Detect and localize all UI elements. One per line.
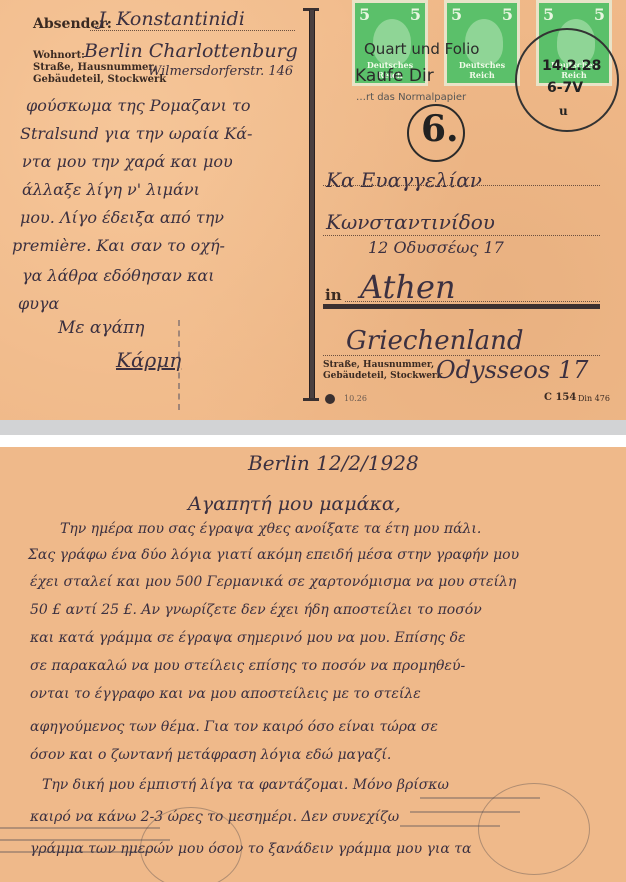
recipient-street-label-1: Straße, Hausnummer,	[323, 360, 434, 370]
sender-name: J. Konstantinidi	[98, 8, 245, 30]
letter-line: και κατά γράμμα σε έγραψα σημερινό μου ν…	[30, 630, 466, 646]
recipient-street: Odysseos 17	[436, 356, 588, 384]
slogan-line: Quart und Folio	[364, 40, 479, 58]
showthrough-wave-line	[0, 851, 150, 853]
letter-line: όσον και ο ζωντανή μετάφραση λόγια εδώ μ…	[30, 747, 391, 763]
postcard-front: Absender: J. Konstantinidi Wohnort: Berl…	[0, 0, 626, 420]
message-line: première. Και σαν το οχή-	[12, 236, 225, 255]
showthrough-wave-line	[0, 827, 160, 829]
letter-line: έχει σταλεί και μου 500 Γερμανικά σε χαρ…	[30, 574, 516, 590]
city-rule	[323, 304, 600, 309]
form-code: C 154	[544, 392, 576, 403]
letter-line: αφηγούμενος των θέμα. Για τον καιρό όσο …	[30, 719, 438, 735]
separator-white	[0, 435, 626, 447]
postmark: 14.2.28 6-7V u	[515, 28, 619, 132]
showthrough-wave-line	[400, 825, 500, 827]
postcard-back: Berlin 12/2/1928 Αγαπητή μου μαμάκα, Την…	[0, 447, 626, 882]
showthrough-wave-line	[410, 811, 520, 813]
slogan-line: …rt das Normalpapier	[356, 92, 466, 103]
recipient-street-label-2: Gebäudeteil, Stockwerk	[323, 371, 443, 381]
showthrough-postmark	[140, 807, 242, 882]
message-line: Stralsund για την ωραία Κά-	[20, 124, 252, 143]
street-label-1: Straße, Hausnummer,	[33, 62, 156, 73]
sender-dotted-line	[90, 30, 295, 31]
recipient-country: Griechenland	[346, 326, 524, 356]
recipient-surname: Κωνσταντινίδου	[326, 210, 495, 234]
message-line: μου. Λίγο έδειξα από την	[20, 208, 224, 227]
message-line: ντα μου την χαρά και μου	[22, 152, 233, 171]
slogan-line: Kaufe Dir	[355, 66, 434, 86]
letter-line: Την δική μου έμπιστή λίγα τα φαντάζομαι.…	[42, 777, 449, 793]
closing: Με αγάπη	[58, 318, 144, 338]
circled-number: 6.	[407, 104, 465, 162]
letter-line: 50 £ αντί 25 £. Αν γνωρίζετε δεν έχει ήδ…	[30, 602, 482, 618]
dateline: Berlin 12/2/1928	[248, 451, 419, 475]
letter-line: Σας γράφω ένα δύο λόγια γιατί ακόμη επει…	[28, 547, 519, 563]
recipient-name: Κα Ευαγγελίαν	[326, 168, 482, 192]
city-dotted-line	[345, 301, 600, 302]
address-dotted-line	[323, 235, 600, 236]
message-line: φυγα	[18, 294, 59, 313]
address-dotted-line	[323, 185, 600, 186]
sender-street: Wilmersdorferstr. 146	[148, 64, 293, 79]
print-date: 10.26	[344, 394, 367, 403]
in-label: in	[325, 286, 342, 304]
vertical-divider	[309, 10, 315, 400]
street-label-2: Gebäudeteil, Stockwerk	[33, 74, 166, 85]
din-code: Din 476	[578, 394, 610, 403]
recipient-street-greek: 12 Οδυσσέως 17	[368, 238, 504, 257]
showthrough-wave-line	[420, 797, 540, 799]
sender-residence: Berlin Charlottenburg	[84, 40, 298, 62]
signature: Κάρμη	[116, 348, 181, 372]
message-line: άλλαξε λίγη ν' λιμάνι	[22, 180, 200, 199]
residence-label: Wohnort:	[33, 50, 85, 61]
divider-cap-bottom	[303, 398, 319, 401]
letter-line: γράμμα των ημερών μου όσον το ξανάδειν γ…	[30, 841, 472, 857]
separator-gray	[0, 420, 626, 435]
showthrough-wave-line	[0, 839, 170, 841]
message-line: γα λάθρα εδόθησαν και	[22, 266, 215, 285]
message-line: φούσκωμα της Ρομαζανι το	[26, 96, 250, 115]
cancellation-marks	[178, 320, 186, 410]
letter-line: Την ημέρα που σας έγραψα χθες ανοίξατε τ…	[60, 521, 481, 537]
salutation: Αγαπητή μου μαμάκα,	[188, 493, 401, 515]
letter-line: σε παρακαλώ να μου στείλεις επίσης το πο…	[30, 658, 465, 674]
letter-line: ονται το έγγραφο και να μου αποστείλεις …	[30, 686, 421, 702]
printer-mark-icon	[325, 394, 335, 404]
